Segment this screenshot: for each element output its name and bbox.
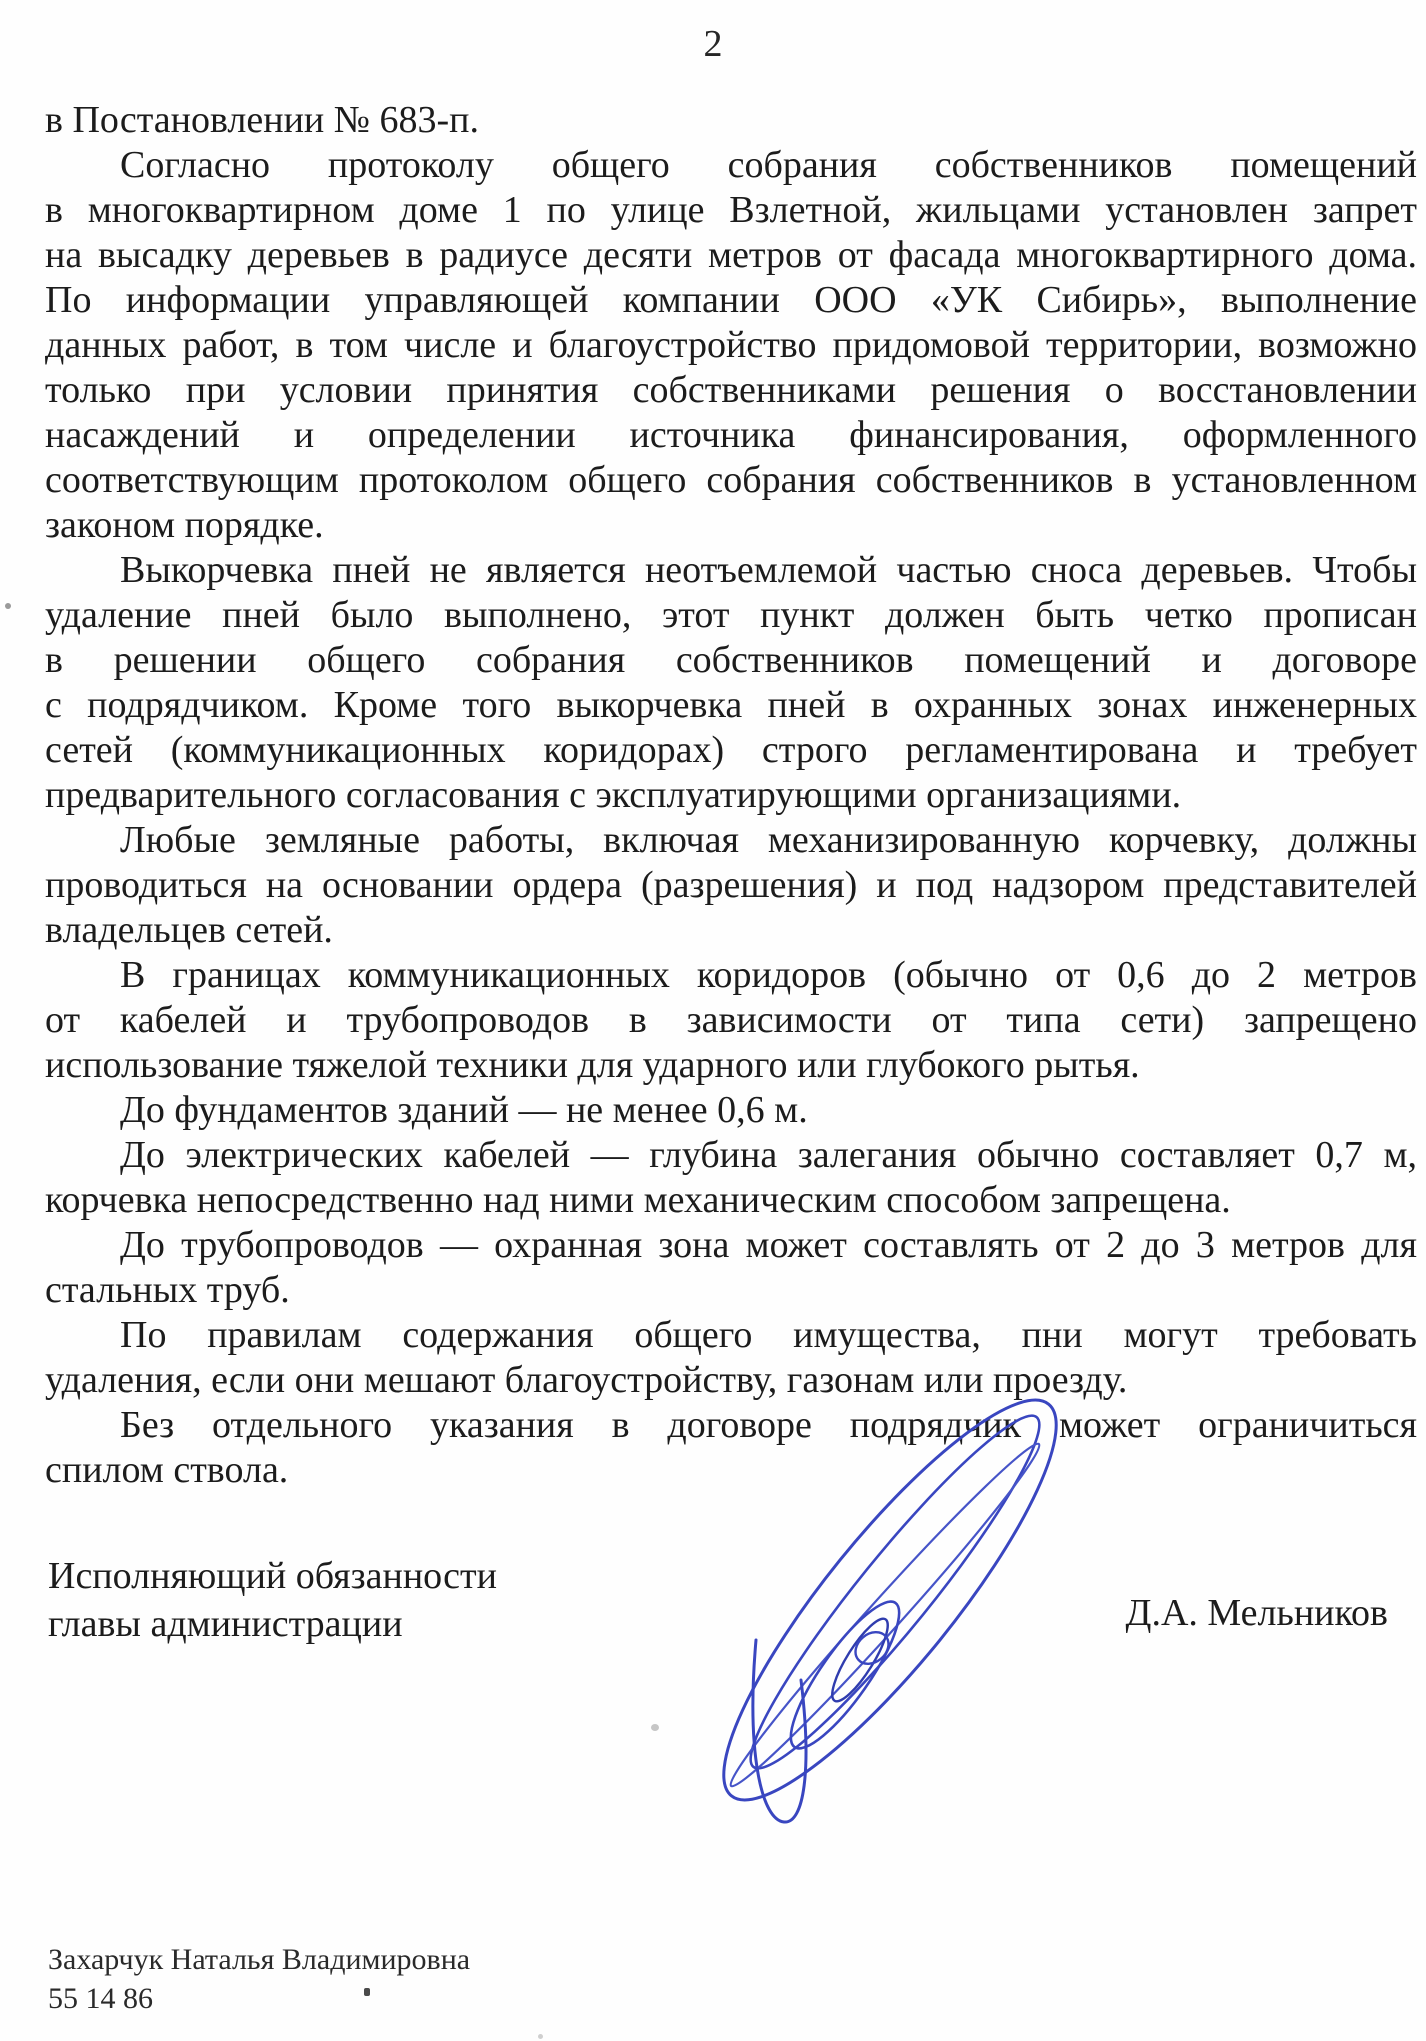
- body-line: По информации управляющей компании ООО «…: [45, 278, 1417, 323]
- paragraph: в Постановлении № 683-п.: [45, 98, 1417, 143]
- paragraph: Выкорчевка пней не является неотъемлемой…: [45, 548, 1417, 818]
- body-line: До электрических кабелей — глубина залег…: [45, 1133, 1417, 1178]
- paragraph: В границах коммуникационных коридоров (о…: [45, 953, 1417, 1088]
- signoff-position: Исполняющий обязанности главы администра…: [48, 1552, 497, 1648]
- scan-speck: [651, 1724, 659, 1731]
- body-line: только при условии принятия собственника…: [45, 368, 1417, 413]
- executor-footer: Захарчук Наталья Владимировна 55 14 86: [48, 1940, 470, 2018]
- paragraph: До фундаментов зданий — не менее 0,6 м.: [45, 1088, 1417, 1133]
- body-line: с подрядчиком. Кроме того выкорчевка пне…: [45, 683, 1417, 728]
- signoff-position-line2: главы администрации: [48, 1600, 497, 1648]
- body-line: сетей (коммуникационных коридорах) строг…: [45, 728, 1417, 773]
- body-line: данных работ, в том числе и благоустройс…: [45, 323, 1417, 368]
- body-line: удаление пней было выполнено, этот пункт…: [45, 593, 1417, 638]
- body-line: в многоквартирном доме 1 по улице Взлетн…: [45, 188, 1417, 233]
- document-body: в Постановлении № 683-п.Согласно протоко…: [45, 98, 1417, 1493]
- body-line: Согласно протоколу общего собрания собст…: [45, 143, 1417, 188]
- scan-speck: [538, 2034, 543, 2039]
- body-line: Любые земляные работы, включая механизир…: [45, 818, 1417, 863]
- paragraph: До трубопроводов — охранная зона может с…: [45, 1223, 1417, 1313]
- body-line: До фундаментов зданий — не менее 0,6 м.: [45, 1088, 1417, 1133]
- body-line: в Постановлении № 683-п.: [45, 98, 1417, 143]
- signoff-position-line1: Исполняющий обязанности: [48, 1552, 497, 1600]
- body-line: Выкорчевка пней не является неотъемлемой…: [45, 548, 1417, 593]
- body-line: законом порядке.: [45, 503, 1417, 548]
- page-number: 2: [0, 22, 1426, 67]
- body-line: соответствующим протоколом общего собран…: [45, 458, 1417, 503]
- paragraph: Любые земляные работы, включая механизир…: [45, 818, 1417, 953]
- scan-speck: [364, 1988, 370, 1996]
- handwritten-signature: [560, 1330, 1120, 1850]
- body-line: корчевка непосредственно над ними механи…: [45, 1178, 1417, 1223]
- executor-phone: 55 14 86: [48, 1979, 470, 2018]
- body-line: на высадку деревьев в радиусе десяти мет…: [45, 233, 1417, 278]
- body-line: от кабелей и трубопроводов в зависимости…: [45, 998, 1417, 1043]
- body-line: проводиться на основании ордера (разреше…: [45, 863, 1417, 908]
- executor-name: Захарчук Наталья Владимировна: [48, 1940, 470, 1979]
- body-line: стальных труб.: [45, 1268, 1417, 1313]
- scan-speck: [5, 603, 11, 609]
- paragraph: Согласно протоколу общего собрания собст…: [45, 143, 1417, 548]
- body-line: использование тяжелой техники для ударно…: [45, 1043, 1417, 1088]
- scanned-document-page: 2 в Постановлении № 683-п.Согласно прото…: [0, 0, 1426, 2041]
- signoff-name: Д.А. Мельников: [1126, 1591, 1388, 1636]
- body-line: владельцев сетей.: [45, 908, 1417, 953]
- body-line: в решении общего собрания собственников …: [45, 638, 1417, 683]
- body-line: насаждений и определении источника финан…: [45, 413, 1417, 458]
- body-line: В границах коммуникационных коридоров (о…: [45, 953, 1417, 998]
- paragraph: До электрических кабелей — глубина залег…: [45, 1133, 1417, 1223]
- body-line: предварительного согласования с эксплуат…: [45, 773, 1417, 818]
- body-line: До трубопроводов — охранная зона может с…: [45, 1223, 1417, 1268]
